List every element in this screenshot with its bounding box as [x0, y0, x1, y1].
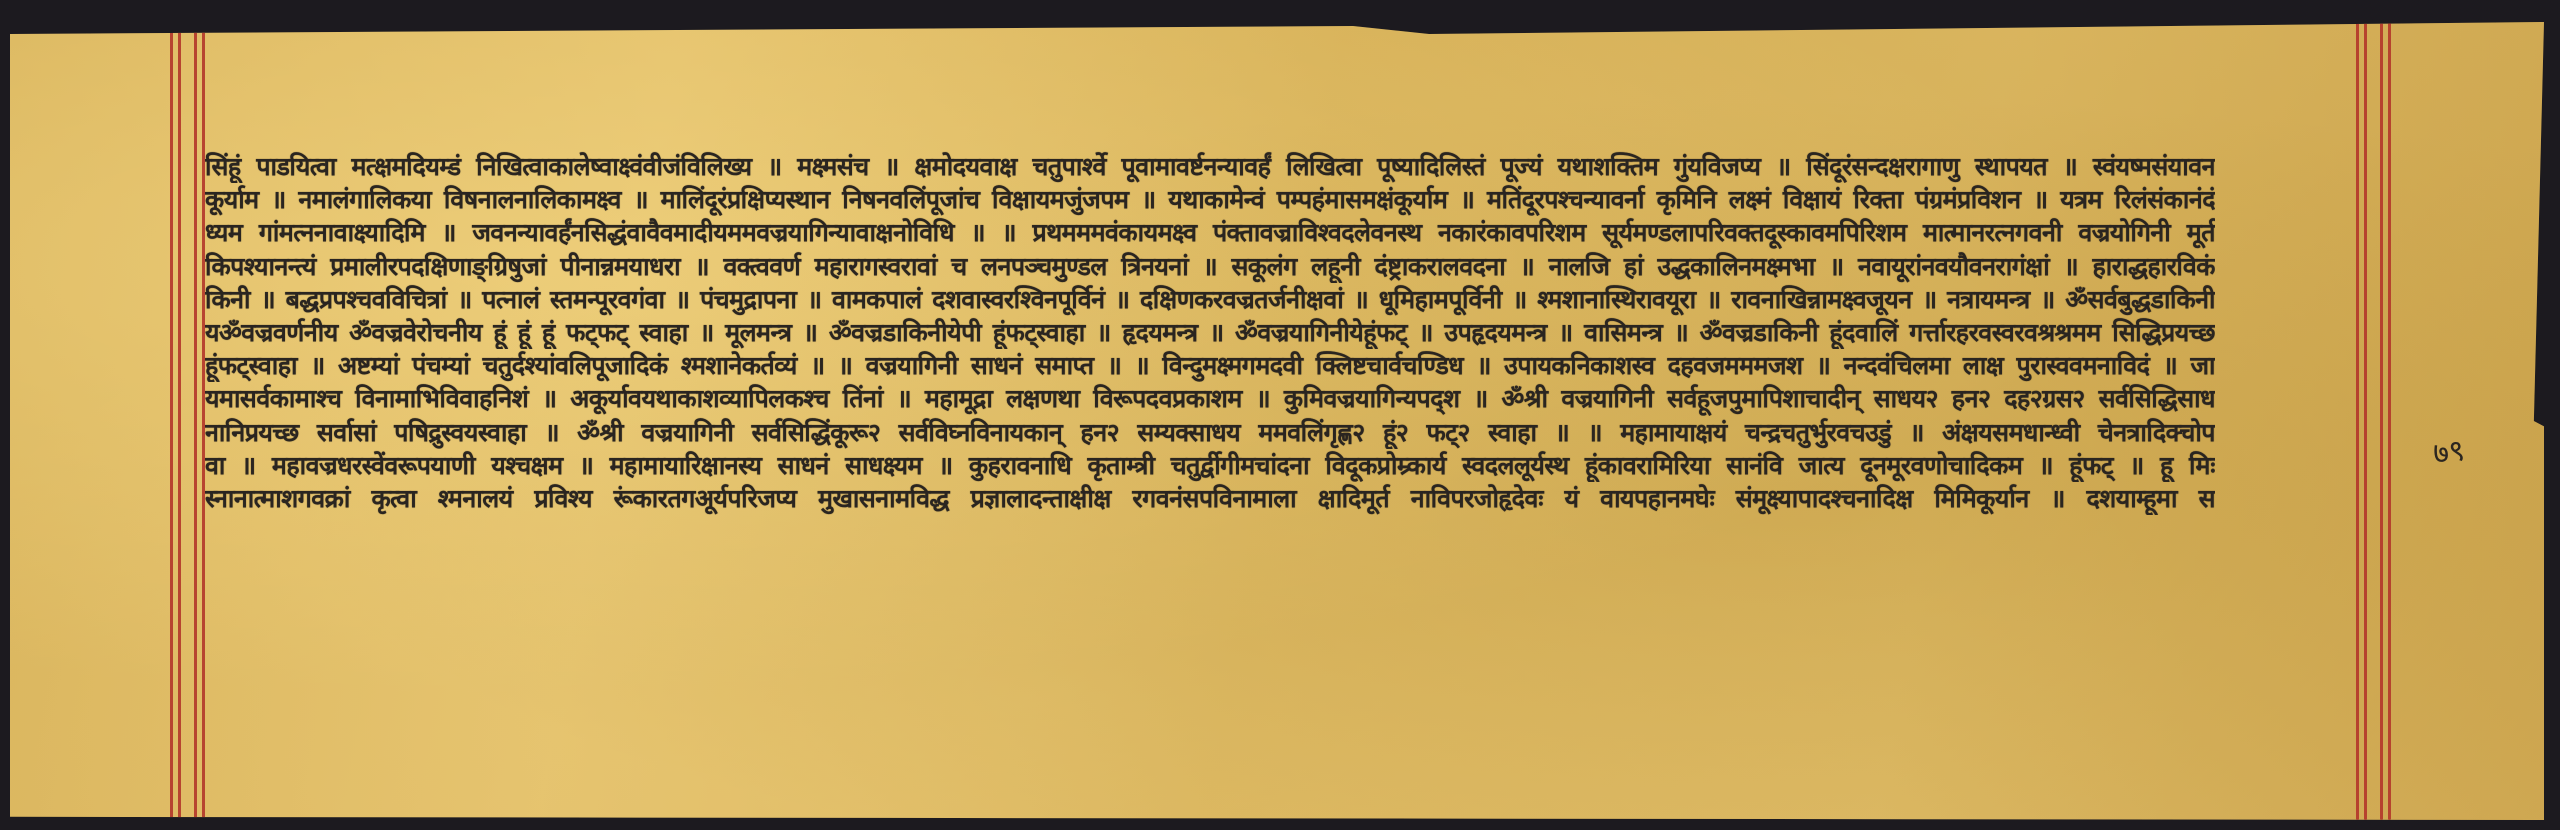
- text-line-10: वा ॥ महावज्रधरस्वेंवरूपयाणी यश्चक्षम ॥ म…: [205, 449, 2215, 482]
- text-line-9: नानिप्रयच्छ सर्वासां पषिद्रुस्वयस्वाहा ॥…: [205, 416, 2215, 449]
- text-line-5: किनी ॥ बद्धप्रपश्चवविचित्रां ॥ पत्नालं स…: [205, 283, 2215, 316]
- left-margin-rule-3: [194, 22, 197, 820]
- text-line-1: सिंहूं पाडयित्वा मत्क्षमदियम्डं निखित्वा…: [205, 150, 2215, 183]
- text-line-3: ध्यम गांमत्ननावाक्ष्यादिमि ॥ जवनन्यावर्ह…: [205, 216, 2215, 249]
- right-margin-rule-2: [2364, 22, 2367, 820]
- folio-number: ७९: [2430, 428, 2467, 473]
- right-margin-rule-3: [2380, 22, 2383, 820]
- scan-background-top: [0, 0, 2560, 24]
- right-margin-rule-4: [2388, 22, 2391, 820]
- text-line-6: यॐवज्रवर्णनीय ॐवज्रवेरोचनीय हूं हूं हूं …: [205, 316, 2215, 349]
- right-margin-rule-1: [2356, 22, 2359, 820]
- text-line-11: स्नानात्माशगवक्रां कृत्वा श्मनालयं प्रवि…: [205, 482, 2215, 515]
- left-margin-rule-2: [178, 22, 181, 820]
- text-line-7: हूंफट्स्वाहा ॥ अष्टम्यां पंचम्यां चतुर्द…: [205, 349, 2215, 382]
- manuscript-text-block: सिंहूं पाडयित्वा मत्क्षमदियम्डं निखित्वा…: [205, 150, 2215, 515]
- text-line-2: कूर्याम ॥ नमालंगालिकया विषनालनालिकामक्ष्…: [205, 183, 2215, 216]
- text-line-4: किपश्यानन्त्यं प्रमालीरपदक्षिणाङ्ग्रिषुज…: [205, 250, 2215, 283]
- left-margin-rule-1: [170, 22, 173, 820]
- text-line-8: यमासर्वकामाश्च विनामाभिविवाहनिशं ॥ अकूर्…: [205, 382, 2215, 415]
